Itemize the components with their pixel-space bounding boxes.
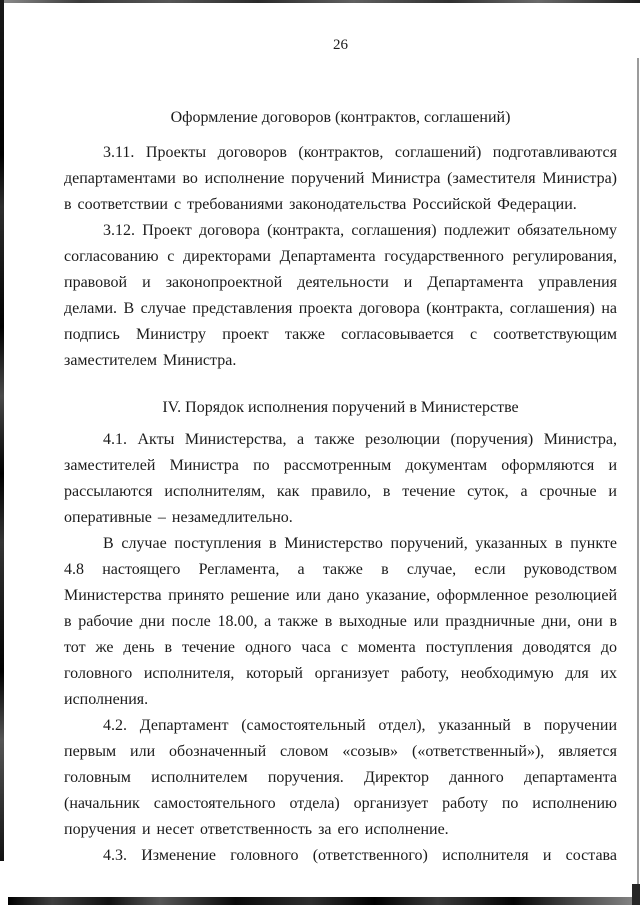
scan-edge-left — [0, 0, 4, 861]
paragraph-4-1-continuation: В случае поступления в Министерство пору… — [64, 531, 617, 713]
scan-edge-bottom — [8, 897, 640, 905]
section-heading-contracts: Оформление договоров (контрактов, соглаш… — [64, 108, 617, 128]
paragraph-3-12: 3.12. Проект договора (контракта, соглаш… — [64, 218, 617, 374]
scan-edge-corner — [632, 884, 640, 905]
paragraph-4-2: 4.2. Департамент (самостоятельный отдел)… — [64, 713, 617, 843]
paragraph-4-1: 4.1. Акты Министерства, а также резолюци… — [64, 427, 617, 531]
page-number: 26 — [64, 36, 617, 55]
document-page: 26 Оформление договоров (контрактов, сог… — [0, 0, 640, 905]
paragraph-4-3: 4.3. Изменение головного (ответственного… — [64, 843, 617, 869]
section-heading-iv: IV. Порядок исполнения поручений в Минис… — [64, 398, 617, 418]
scan-edge-right — [637, 58, 639, 897]
page-content: 26 Оформление договоров (контрактов, сог… — [64, 0, 617, 869]
paragraph-3-11: 3.11. Проекты договоров (контрактов, сог… — [64, 140, 617, 218]
